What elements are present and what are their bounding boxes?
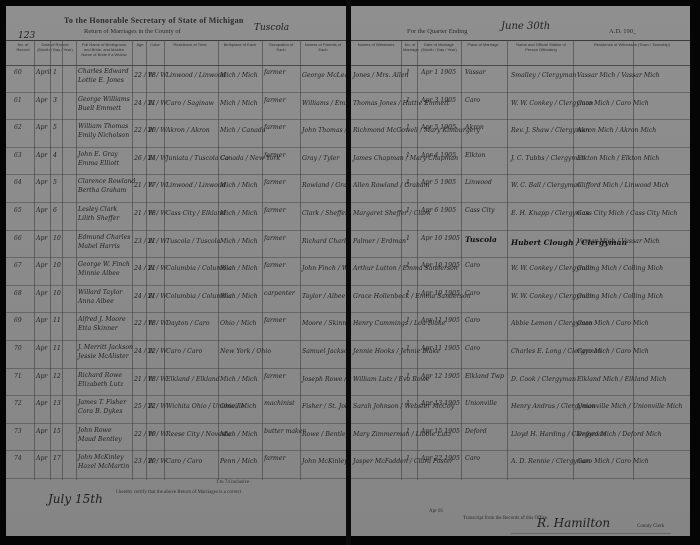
colors: W / W: [148, 238, 167, 245]
witness-residence: Cass City Mich / Cass City Mich: [577, 210, 677, 217]
groom-name: John E. Gray: [78, 151, 118, 158]
record-day: 1: [53, 69, 57, 76]
col-header-color: Color: [148, 42, 162, 47]
groom-name: John Rowe: [78, 427, 112, 434]
row-divider: [351, 368, 690, 369]
witness-residence: Unionville Mich / Unionville Mich: [577, 403, 682, 410]
witness-residence: Colling Mich / Colling Mich: [577, 265, 663, 272]
parents: George McLean / Lena Jones: [302, 72, 346, 79]
marriage-number: 1: [406, 207, 410, 214]
row-divider: [351, 202, 690, 203]
bride-name: Emma Elliott: [78, 160, 119, 167]
groom-name: Clarence Rowland: [78, 178, 135, 185]
row-divider: [6, 202, 346, 203]
bride-name: Hazel McMartin: [78, 463, 129, 470]
occupation: farmer: [264, 124, 285, 131]
groom-name: Alfred J. Moore: [78, 316, 126, 323]
record-number: 72: [14, 400, 22, 407]
witness-residence: Akron Mich / Akron Mich: [577, 127, 656, 134]
colors: W / W: [148, 182, 167, 189]
rule: [218, 40, 219, 480]
marriage-place: Linwood: [465, 179, 492, 186]
marriage-place: Caro: [465, 97, 480, 104]
row-divider: [6, 340, 346, 341]
officiant: D. Cook / Clergyman: [511, 376, 576, 383]
left-header-subtitle: Return of Marriages in the County of: [84, 28, 181, 35]
groom-name: Edmund Charles: [78, 234, 130, 241]
marriage-number: 1: [406, 400, 410, 407]
record-number: 68: [14, 290, 22, 297]
record-number: 73: [14, 428, 22, 435]
row-divider: [351, 92, 690, 93]
occupation: farmer: [264, 455, 285, 462]
marriage-place: Caro: [465, 262, 480, 269]
row-divider: [351, 312, 690, 313]
residence: Caro / Caro: [166, 348, 202, 355]
row-divider: [351, 395, 690, 396]
parents: Richard Charles / Harris: [302, 238, 346, 245]
row-divider: [6, 257, 346, 258]
parents: John Thomas / Nicholson: [302, 127, 346, 134]
left-footer-date: July 15th: [48, 492, 103, 506]
marriage-date: Apr 13 1905: [421, 400, 460, 407]
parents: Gray / Tyler: [302, 155, 339, 162]
row-divider: [6, 230, 346, 231]
marriage-date: Apr 6 1905: [421, 207, 456, 214]
record-number: 74: [14, 455, 22, 462]
marriage-date: Apr 12 1905: [421, 373, 460, 380]
witness-residence: Elkton Mich / Elkton Mich: [577, 155, 659, 162]
witness-residence: Clifford Mich / Linwood Mich: [577, 182, 669, 189]
record-day: 11: [53, 317, 61, 324]
record-day: 4: [53, 152, 57, 159]
row-divider: [6, 147, 346, 148]
quarter-ending-date: June 30th: [501, 21, 550, 32]
birthplace: Ohio / Mich: [220, 320, 257, 327]
record-number: 62: [14, 124, 22, 131]
birthplace: Mich / Mich: [220, 100, 258, 107]
marriage-place: Caro: [465, 345, 480, 352]
birthplace: New York / Ohio: [220, 348, 271, 355]
colors: W / W: [148, 155, 167, 162]
rule: [76, 40, 77, 480]
birthplace: Mich / Canada: [220, 127, 266, 134]
marriage-number: 1: [406, 124, 410, 131]
record-number: 69: [14, 317, 22, 324]
record-month: Apr: [36, 373, 47, 380]
record-day: 6: [53, 207, 57, 214]
witness-names: Jones / Mrs. Allen: [353, 72, 409, 79]
colors: W / W: [148, 100, 167, 107]
groom-name: James T. Fisher: [78, 399, 126, 406]
witness-residence: Caro Mich / Caro Mich: [577, 320, 649, 327]
residence: Cass City / Elkland: [166, 210, 225, 217]
col-header-date-of-marriage: Date of Marriage (Month / Day / Year): [419, 42, 459, 52]
occupation: farmer: [264, 262, 285, 269]
col-header-age: Age: [134, 42, 146, 47]
left-leaf: To the Honorable Secretary of State of M…: [6, 6, 346, 536]
left-header-title: To the Honorable Secretary of State of M…: [64, 16, 244, 25]
bride-name: Elizabeth Lutz: [78, 381, 123, 388]
small-note: 1 to 74 inclusive: [216, 480, 249, 485]
colors: W / W: [148, 293, 167, 300]
col-header-witness-residence: Residence of Witnesses (Town / Township): [577, 42, 687, 47]
marriage-number: 1: [406, 69, 410, 76]
row-divider: [351, 257, 690, 258]
residence: Tuscola / Tuscola: [166, 238, 220, 245]
marriage-number: 1: [406, 235, 410, 242]
birthplace: Mich / Mich: [220, 293, 258, 300]
occupation: butter maker: [264, 428, 305, 435]
witness-residence: Caro Mich / Caro Mich: [577, 458, 649, 465]
bride-name: Anna Albee: [78, 298, 114, 305]
witness-names: Palmer / Erdman: [353, 238, 406, 245]
occupation: farmer: [264, 207, 285, 214]
parents: Samuel Jackson / Caroline Jewett: [302, 348, 346, 355]
rule: [62, 40, 63, 480]
marriage-place: Vassar: [465, 69, 486, 76]
occupation: carpenter: [264, 290, 295, 297]
marriage-number: 1: [406, 345, 410, 352]
record-day: 12: [53, 373, 61, 380]
residence: Dayton / Caro: [166, 320, 209, 327]
marriage-date: Apr 11 1905: [421, 345, 460, 352]
record-month: Apr: [36, 262, 47, 269]
record-number: 66: [14, 235, 22, 242]
record-number: 64: [14, 179, 22, 186]
occupation: farmer: [264, 69, 285, 76]
bride-name: Lilith Sheffer: [78, 215, 119, 222]
record-month: Apr: [36, 235, 47, 242]
parents: Taylor / Albee: [302, 293, 345, 300]
row-divider: [351, 174, 690, 175]
colors: W / W: [148, 210, 167, 217]
marriage-number: 1: [406, 290, 410, 297]
bride-name: Emily Nicholson: [78, 132, 129, 139]
witness-residence: Elkland Mich / Elkland Mich: [577, 376, 666, 383]
record-month: Apr: [36, 317, 47, 324]
record-month: Apr: [36, 455, 47, 462]
marriage-date: Apr 5 1905: [421, 124, 456, 131]
marriage-place: Deford: [465, 428, 487, 435]
record-month: Apr: [36, 179, 47, 186]
marriage-place: Caro: [465, 455, 480, 462]
record-day: 10: [53, 235, 61, 242]
row-divider: [6, 395, 346, 396]
row-divider: [351, 478, 690, 479]
witness-residence: Colling Mich / Colling Mich: [577, 293, 663, 300]
marriage-date: Apr 3 1905: [421, 97, 456, 104]
occupation: farmer: [264, 97, 285, 104]
marriage-date: Apr 15 1905: [421, 428, 460, 435]
marriage-number: 1: [406, 317, 410, 324]
marriage-place: Cass City: [465, 207, 494, 214]
groom-name: William Thomas: [78, 123, 128, 130]
occupation: farmer: [264, 179, 285, 186]
col-header-parents: Names of Parents of Each: [302, 42, 344, 52]
rule: [50, 40, 51, 480]
birthplace: Mich / Mich: [220, 238, 258, 245]
col-header-date-of-record: Date of Record (Month / Day / Year): [36, 42, 74, 52]
colors: W / W: [148, 458, 167, 465]
right-leaf: For the Quarter Ending June 30th A.D. 19…: [351, 6, 690, 536]
col-header-officiant: Name and Official Station of Person Offi…: [511, 42, 571, 52]
bride-name: Minnie Albee: [78, 270, 120, 277]
rule: [262, 40, 263, 480]
marriage-place: Elkton: [465, 152, 485, 159]
record-month: Apr: [36, 345, 47, 352]
record-day: 10: [53, 290, 61, 297]
marriage-date: Apr 10 1905: [421, 235, 460, 242]
rule: [507, 40, 508, 480]
marriage-date: Apr 11 1905: [421, 317, 460, 324]
groom-name: John McKinley: [78, 454, 124, 461]
signature-line: [511, 533, 671, 534]
parents: Rowland / Graham: [302, 182, 346, 189]
residence: Caro / Caro: [166, 458, 202, 465]
rule: [132, 40, 133, 480]
birthplace: Mich / Mich: [220, 431, 258, 438]
residence: Akron / Akron: [166, 127, 210, 134]
officiant: W. C. Ball / Clergyman: [511, 182, 581, 189]
colors: W / W: [148, 348, 167, 355]
row-divider: [351, 423, 690, 424]
record-number: 67: [14, 262, 22, 269]
col-header-witnesses: Names of Witnesses: [353, 42, 399, 47]
parents: Joseph Rowe / Lutz: [302, 376, 346, 383]
transcript-text: Transcript from the Records of this Offi…: [463, 516, 548, 521]
marriage-place: Caro: [465, 317, 480, 324]
row-divider: [351, 340, 690, 341]
bride-name: Buell Emmett: [78, 105, 121, 112]
marriage-date: Apr 22 1905: [421, 455, 460, 462]
marriage-date: Apr 10 1905: [421, 262, 460, 269]
birthplace: Mich / Mich: [220, 210, 258, 217]
record-number: 61: [14, 97, 22, 104]
colors: W / W: [148, 72, 167, 79]
record-day: 11: [53, 345, 61, 352]
bride-name: Lottie E. Jones: [78, 77, 124, 84]
birthplace: Mich / Mich: [220, 265, 258, 272]
birthplace: Mich / Mich: [220, 182, 258, 189]
witness-residence: Vassar Mich / Vassar Mich: [577, 238, 660, 245]
year-label: A.D. 190_: [609, 28, 636, 35]
record-day: 17: [53, 455, 61, 462]
marriage-date: Apr 4 1905: [421, 152, 456, 159]
residence: Linwood / Linwood: [166, 182, 226, 189]
colors: W / W: [148, 127, 167, 134]
colors: W / W: [148, 320, 167, 327]
marriage-date: Apr 5 1905: [421, 179, 456, 186]
right-footer-date-note: Apr 05: [429, 509, 443, 514]
col-header-marriage-no: No. of Marriage: [403, 42, 417, 52]
marriage-number: 1: [406, 428, 410, 435]
occupation: machinist: [264, 400, 295, 407]
parents: Fisher / St. John: [302, 403, 346, 410]
scanned-ledger-page: To the Honorable Secretary of State of M…: [0, 0, 700, 545]
witness-residence: Caro Mich / Caro Mich: [577, 348, 649, 355]
groom-name: Willard Taylor: [78, 289, 122, 296]
record-month: Apr: [36, 124, 47, 131]
record-month: Apr: [36, 428, 47, 435]
witness-residence: Caro Mich / Caro Mich: [577, 100, 649, 107]
record-day: 5: [53, 179, 57, 186]
row-divider: [6, 312, 346, 313]
witness-names: Allen Rowland / Graham: [353, 182, 429, 189]
row-divider: [6, 450, 346, 451]
quarter-label: For the Quarter Ending: [407, 28, 467, 35]
marriage-number: 1: [406, 179, 410, 186]
groom-name: George W. Finch: [78, 261, 130, 268]
groom-name: J. Merritt Jackson: [78, 344, 133, 351]
record-day: 10: [53, 262, 61, 269]
row-divider: [6, 368, 346, 369]
occupation: farmer: [264, 317, 285, 324]
marriage-place: Caro: [465, 290, 480, 297]
record-month: April: [36, 69, 51, 76]
occupation: farmer: [264, 152, 285, 159]
parents: Moore / Skinner: [302, 320, 346, 327]
certify-text: I hereby certify that the above Return o…: [116, 490, 241, 495]
record-number: 60: [14, 69, 22, 76]
birthplace: Ohio / Mich: [220, 403, 257, 410]
marriage-place: Elkland Twp: [465, 373, 504, 380]
officiant: Smalley / Clergyman: [511, 72, 576, 79]
col-header-place: Place of Marriage: [463, 42, 503, 47]
groom-name: Lesley Clark: [78, 206, 117, 213]
occupation: farmer: [264, 235, 285, 242]
witness-names: Richmond McGowell / Mary Kimburgery: [353, 127, 480, 134]
county-name: Tuscola: [254, 23, 289, 33]
marriage-number: 1: [406, 373, 410, 380]
occupation: farmer: [264, 373, 285, 380]
marriage-number: 1: [406, 97, 410, 104]
record-day: 5: [53, 124, 57, 131]
parents: Rowe / Bentley: [302, 431, 346, 438]
row-divider: [351, 147, 690, 148]
marriage-place: Tuscola: [465, 235, 497, 244]
row-divider: [351, 230, 690, 231]
groom-name: George Williams: [78, 96, 130, 103]
row-divider: [6, 285, 346, 286]
col-header-record-no: No. of Record: [12, 42, 34, 52]
witness-residence: Vassar Mich / Vassar Mich: [577, 72, 660, 79]
parents: John McKinley / Martin: [302, 458, 346, 465]
colors: W / W: [148, 376, 167, 383]
record-day: 3: [53, 97, 57, 104]
marriage-place: Unionville: [465, 400, 497, 407]
record-number: 65: [14, 207, 22, 214]
col-header-birthplace: Birthplace of Each: [220, 42, 260, 47]
marriage-date: Apr 1 1905: [421, 69, 456, 76]
residence: Linwood / Linwood: [166, 72, 226, 79]
residence: Elkland / Elkland: [166, 376, 220, 383]
colors: W / W: [148, 403, 167, 410]
parents: John Finch / William Albee: [302, 265, 346, 272]
row-divider: [6, 92, 346, 93]
record-month: Apr: [36, 290, 47, 297]
witness-residence: Deford Mich / Deford Mich: [577, 431, 662, 438]
bride-name: Etta Skinner: [78, 325, 118, 332]
marriage-number: 1: [406, 152, 410, 159]
rule: [461, 40, 462, 480]
rule: [300, 40, 301, 480]
birthplace: Mich / Mich: [220, 72, 258, 79]
officiant: J. C. Tubbs / Clergyman: [511, 155, 585, 162]
clerk-signature: R. Hamilton: [537, 516, 610, 530]
record-day: 13: [53, 400, 61, 407]
record-number: 63: [14, 152, 22, 159]
row-divider: [6, 478, 346, 479]
marriage-number: 1: [406, 455, 410, 462]
row-divider: [351, 450, 690, 451]
rule: [34, 40, 35, 480]
record-month: Apr: [36, 207, 47, 214]
marriage-number: 1: [406, 262, 410, 269]
colors: W / W: [148, 265, 167, 272]
bride-name: Bertha Graham: [78, 187, 126, 194]
record-month: Apr: [36, 152, 47, 159]
parents: Clark / Sheffer: [302, 210, 346, 217]
clerk-title: County Clerk: [637, 524, 664, 529]
row-divider: [6, 119, 346, 120]
record-day: 15: [53, 428, 61, 435]
parents: Williams / Emmett: [302, 100, 346, 107]
bride-name: Jessie McAlister: [78, 353, 129, 360]
record-month: Apr: [36, 97, 47, 104]
bride-name: Cora B. Dykes: [78, 408, 123, 415]
record-number: 71: [14, 373, 22, 380]
witness-names: Margaret Sheffer / Clark: [353, 210, 431, 217]
record-month: Apr: [36, 400, 47, 407]
row-divider: [6, 423, 346, 424]
col-header-residence: Residence at Time: [166, 42, 214, 47]
row-divider: [351, 119, 690, 120]
groom-name: Charles Edward: [78, 68, 129, 75]
birthplace: Penn / Mich: [220, 458, 257, 465]
row-divider: [6, 174, 346, 175]
marriage-place: Akron: [465, 124, 484, 131]
record-number: 70: [14, 345, 22, 352]
birthplace: Mich / Mich: [220, 376, 258, 383]
bride-name: Mabel Harris: [78, 243, 120, 250]
colors: W / W: [148, 431, 167, 438]
col-header-full-name: Full Name of Bridegroom and Bride, and M…: [78, 42, 130, 57]
row-divider: [351, 285, 690, 286]
witness-names: William Lutz / Eva Rowe: [353, 376, 430, 383]
col-header-occupation: Occupation of Each: [264, 42, 298, 52]
groom-name: Richard Rowe: [78, 372, 122, 379]
residence: Caro / Saginaw: [166, 100, 214, 107]
marriage-date: Apr 10 1905: [421, 290, 460, 297]
bride-name: Maud Bentley: [78, 436, 122, 443]
